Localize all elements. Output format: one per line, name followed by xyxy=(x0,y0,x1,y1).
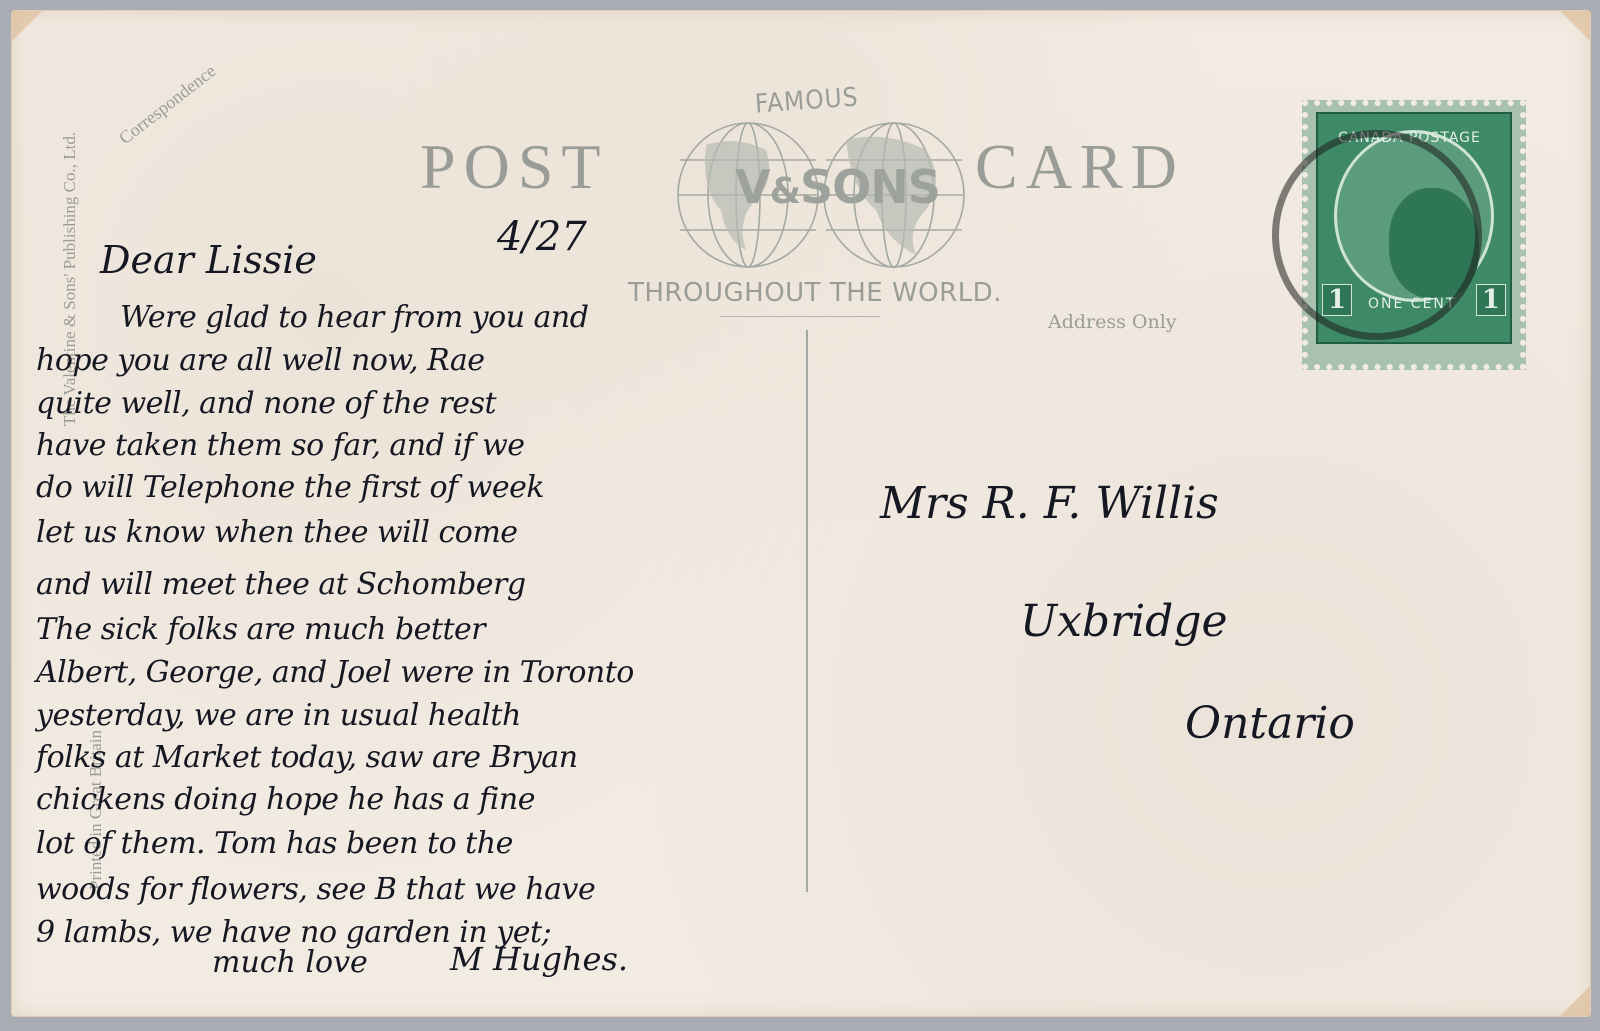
message-line: Albert, George, and Joel were in Toronto xyxy=(36,655,634,690)
logo-ampersand: & xyxy=(770,171,800,212)
header-post: POST xyxy=(420,130,609,204)
recipient-name: Mrs R. F. Willis xyxy=(880,478,1219,529)
signature: M Hughes. xyxy=(450,940,628,978)
message-line: yesterday, we are in usual health xyxy=(36,698,521,733)
message-line: have taken them so far, and if we xyxy=(36,428,525,463)
message-line: chickens doing hope he has a fine xyxy=(36,782,535,817)
salutation: Dear Lissie xyxy=(100,238,317,282)
message-line: woods for flowers, see B that we have xyxy=(36,872,595,907)
worn-corner xyxy=(1560,11,1590,41)
logo-v: V xyxy=(735,160,770,214)
recipient-town: Uxbridge xyxy=(1020,596,1228,647)
divider-line xyxy=(806,330,808,892)
worn-corner xyxy=(1560,986,1590,1016)
message-line: and will meet thee at Schomberg xyxy=(36,567,526,602)
message-line: quite well, and none of the rest xyxy=(36,386,496,421)
tagline: THROUGHOUT THE WORLD. xyxy=(628,278,1002,308)
message-line: Were glad to hear from you and xyxy=(120,300,588,335)
message-line: lot of them. Tom has been to the xyxy=(36,826,513,861)
recipient-province: Ontario xyxy=(1185,698,1355,749)
worn-corner xyxy=(12,11,42,41)
header-rule xyxy=(720,316,880,317)
postmark-cancel-icon xyxy=(1272,130,1482,340)
message-line: folks at Market today, saw are Bryan xyxy=(36,740,578,775)
closing: much love xyxy=(212,945,368,980)
message-date: 4/27 xyxy=(497,214,587,260)
message-line: let us know when thee will come xyxy=(36,515,518,550)
message-line: hope you are all well now, Rae xyxy=(36,343,485,378)
logo-sons: SONS xyxy=(800,160,940,214)
message-line: The sick folks are much better xyxy=(36,612,485,647)
logo-v-sons: V&SONS xyxy=(735,160,940,214)
header-card: CARD xyxy=(975,130,1185,204)
message-line: do will Telephone the first of week xyxy=(36,470,544,505)
address-only-label: Address Only xyxy=(1048,311,1177,333)
stamp-value-right: 1 xyxy=(1476,284,1506,316)
